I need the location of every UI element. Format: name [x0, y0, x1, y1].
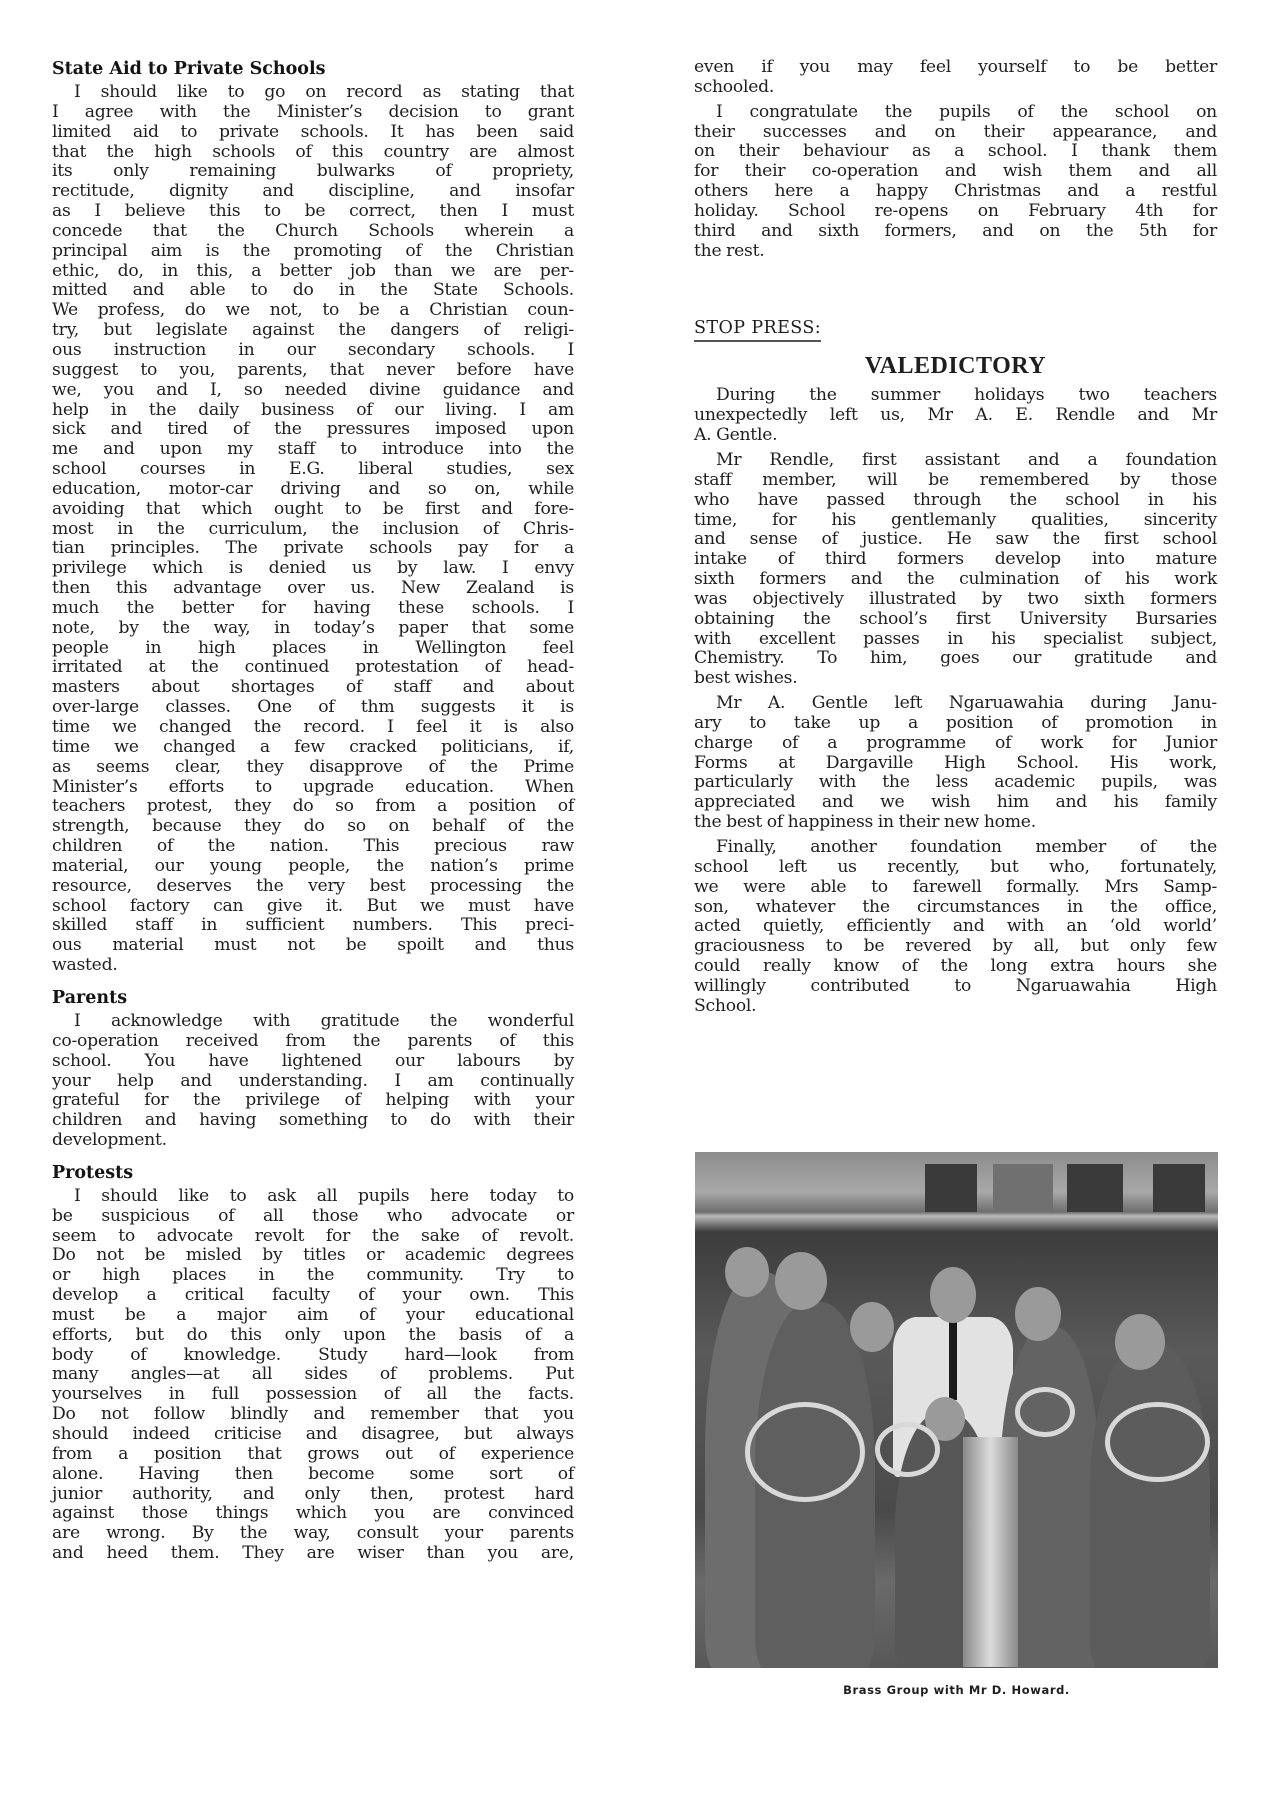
- text-line: principal aim is the promoting of the Ch…: [52, 242, 574, 262]
- text-line: time we changed a few cracked politician…: [52, 738, 574, 758]
- text-line: obtaining the school’s first University …: [694, 610, 1217, 630]
- photo-caption: Brass Group with Mr D. Howard.: [695, 1683, 1218, 1697]
- text-line: holiday. School re-opens on February 4th…: [694, 202, 1217, 222]
- text-line: Finally, another foundation member of th…: [694, 838, 1217, 858]
- text-line: body of knowledge. Study hard—look from: [52, 1346, 574, 1366]
- text-line: your help and understanding. I am contin…: [52, 1072, 574, 1092]
- text-line: efforts, but do this only upon the basis…: [52, 1326, 574, 1346]
- text-line: I should like to go on record as stating…: [52, 83, 574, 103]
- text-line: Mr Rendle, first assistant and a foundat…: [694, 451, 1217, 471]
- text-line: limited aid to private schools. It has b…: [52, 123, 574, 143]
- text-line: staff member, will be remembered by thos…: [694, 471, 1217, 491]
- text-line: be suspicious of all those who advocate …: [52, 1207, 574, 1227]
- valedictory-title: VALEDICTORY: [694, 352, 1217, 380]
- text-line: resource, deserves the very best process…: [52, 877, 574, 897]
- text-line: education, motor-car driving and so on, …: [52, 480, 574, 500]
- text-line: against those things which you are convi…: [52, 1504, 574, 1524]
- text-line: try, but legislate against the dangers o…: [52, 321, 574, 341]
- text-line: ous material must not be spoilt and thus: [52, 936, 574, 956]
- left-column: State Aid to Private Schools I should li…: [52, 58, 574, 1564]
- paragraph-protests: I should like to ask all pupils here tod…: [52, 1187, 574, 1564]
- text-line: could really know of the long extra hour…: [694, 957, 1217, 977]
- text-line: most in the curriculum, the inclusion of…: [52, 520, 574, 540]
- text-line: School.: [694, 997, 1217, 1017]
- text-line: I congratulate the pupils of the school …: [694, 103, 1217, 123]
- text-line: me and upon my staff to introduce into t…: [52, 440, 574, 460]
- text-line: son, whatever the circumstances in the o…: [694, 898, 1217, 918]
- text-line: best wishes.: [694, 669, 1217, 689]
- text-line: I acknowledge with gratitude the wonderf…: [52, 1012, 574, 1032]
- text-line: for their co-operation and wish them and…: [694, 162, 1217, 182]
- right-column: even if you may feel yourself to be bett…: [694, 58, 1217, 1017]
- text-line: Forms at Dargaville High School. His wor…: [694, 754, 1217, 774]
- text-line: wasted.: [52, 956, 574, 976]
- text-line: was objectively illustrated by two sixth…: [694, 590, 1217, 610]
- text-line: sick and tired of the pressures imposed …: [52, 420, 574, 440]
- stop-press-label: STOP PRESS:: [694, 317, 821, 342]
- text-line: people in high places in Wellington feel: [52, 639, 574, 659]
- text-line: privilege which is denied us by law. I e…: [52, 559, 574, 579]
- text-line: development.: [52, 1131, 574, 1151]
- text-line: school courses in E.G. liberal studies, …: [52, 460, 574, 480]
- text-line: junior authority, and only then, protest…: [52, 1485, 574, 1505]
- text-line: children and having something to do with…: [52, 1111, 574, 1131]
- text-line: acted quietly, efficiently and with an ‘…: [694, 917, 1217, 937]
- paragraph-sampson: Finally, another foundation member of th…: [694, 838, 1217, 1017]
- text-line: tian principles. The private schools pay…: [52, 539, 574, 559]
- text-line: school. You have lightened our labours b…: [52, 1052, 574, 1072]
- text-line: I agree with the Minister’s decision to …: [52, 103, 574, 123]
- text-line: then this advantage over us. New Zealand…: [52, 579, 574, 599]
- text-line: schooled.: [694, 78, 1217, 98]
- text-line: from a position that grows out of experi…: [52, 1445, 574, 1465]
- text-line: ous instruction in our secondary schools…: [52, 341, 574, 361]
- text-line: sixth formers and the culmination of his…: [694, 570, 1217, 590]
- text-line: particularly with the less academic pupi…: [694, 773, 1217, 793]
- text-line: others here a happy Christmas and a rest…: [694, 182, 1217, 202]
- text-line: We profess, do we not, to be a Christian…: [52, 301, 574, 321]
- text-line: Chemistry. To him, goes our gratitude an…: [694, 649, 1217, 669]
- text-line: intake of third formers develop into mat…: [694, 550, 1217, 570]
- text-line: time, for his gentlemanly qualities, sin…: [694, 511, 1217, 531]
- text-line: yourselves in full possession of all the…: [52, 1385, 574, 1405]
- heading-state-aid: State Aid to Private Schools: [52, 58, 574, 80]
- text-line: skilled staff in sufficient numbers. Thi…: [52, 916, 574, 936]
- text-line: much the better for having these schools…: [52, 599, 574, 619]
- paragraph-continuation: even if you may feel yourself to be bett…: [694, 58, 1217, 98]
- text-line: Mr A. Gentle left Ngaruawahia during Jan…: [694, 694, 1217, 714]
- text-line: appreciated and we wish him and his fami…: [694, 793, 1217, 813]
- text-line: I should like to ask all pupils here tod…: [52, 1187, 574, 1207]
- text-line: avoiding that which ought to be first an…: [52, 500, 574, 520]
- text-line: children of the nation. This precious ra…: [52, 837, 574, 857]
- text-line: Do not follow blindly and remember that …: [52, 1405, 574, 1425]
- text-line: strength, because they do so on behalf o…: [52, 817, 574, 837]
- paragraph-parents: I acknowledge with gratitude the wonderf…: [52, 1012, 574, 1151]
- text-line: the best of happiness in their new home.: [694, 813, 1217, 833]
- text-line: school factory can give it. But we must …: [52, 897, 574, 917]
- text-line: ethic, do, in this, a better job than we…: [52, 262, 574, 282]
- text-line: graciousness to be revered by all, but o…: [694, 937, 1217, 957]
- text-line: over-large classes. One of thm suggests …: [52, 698, 574, 718]
- brass-group-photo: [695, 1152, 1218, 1668]
- text-line: should indeed criticise and disagree, bu…: [52, 1425, 574, 1445]
- text-line: their successes and on their appearance,…: [694, 123, 1217, 143]
- text-line: or high places in the community. Try to: [52, 1266, 574, 1286]
- text-line: with excellent passes in his specialist …: [694, 630, 1217, 650]
- text-line: even if you may feel yourself to be bett…: [694, 58, 1217, 78]
- text-line: third and sixth formers, and on the 5th …: [694, 222, 1217, 242]
- text-line: During the summer holidays two teachers: [694, 386, 1217, 406]
- text-line: and sense of justice. He saw the first s…: [694, 530, 1217, 550]
- text-line: seem to advocate revolt for the sake of …: [52, 1227, 574, 1247]
- paragraph-valedictory-intro: During the summer holidays two teachersu…: [694, 386, 1217, 446]
- text-line: the rest.: [694, 242, 1217, 262]
- text-line: help in the daily business of our living…: [52, 401, 574, 421]
- text-line: co-operation received from the parents o…: [52, 1032, 574, 1052]
- text-line: its only remaining bulwarks of propriety…: [52, 162, 574, 182]
- text-line: must be a major aim of your educational: [52, 1306, 574, 1326]
- text-line: alone. Having then become some sort of: [52, 1465, 574, 1485]
- text-line: and heed them. They are wiser than you a…: [52, 1544, 574, 1564]
- text-line: on their behaviour as a school. I thank …: [694, 142, 1217, 162]
- text-line: grateful for the privilege of helping wi…: [52, 1091, 574, 1111]
- text-line: who have passed through the school in hi…: [694, 491, 1217, 511]
- text-line: A. Gentle.: [694, 426, 1217, 446]
- text-line: masters about shortages of staff and abo…: [52, 678, 574, 698]
- text-line: many angles—at all sides of problems. Pu…: [52, 1365, 574, 1385]
- text-line: we were able to farewell formally. Mrs S…: [694, 878, 1217, 898]
- text-line: Do not be misled by titles or academic d…: [52, 1246, 574, 1266]
- text-line: willingly contributed to Ngaruawahia Hig…: [694, 977, 1217, 997]
- text-line: rectitude, dignity and discipline, and i…: [52, 182, 574, 202]
- paragraph-rendle: Mr Rendle, first assistant and a foundat…: [694, 451, 1217, 689]
- text-line: as seems clear, they disapprove of the P…: [52, 758, 574, 778]
- heading-parents: Parents: [52, 987, 574, 1009]
- text-line: we, you and I, so needed divine guidance…: [52, 381, 574, 401]
- text-line: as I believe this to be correct, then I …: [52, 202, 574, 222]
- text-line: teachers protest, they do so from a posi…: [52, 797, 574, 817]
- paragraph-state-aid: I should like to go on record as stating…: [52, 83, 574, 976]
- text-line: time we changed the record. I feel it is…: [52, 718, 574, 738]
- text-line: suggest to you, parents, that never befo…: [52, 361, 574, 381]
- text-line: that the high schools of this country ar…: [52, 143, 574, 163]
- text-line: mitted and able to do in the State Schoo…: [52, 281, 574, 301]
- text-line: school left us recently, but who, fortun…: [694, 858, 1217, 878]
- text-line: Minister’s efforts to upgrade education.…: [52, 778, 574, 798]
- text-line: charge of a programme of work for Junior: [694, 734, 1217, 754]
- paragraph-gentle: Mr A. Gentle left Ngaruawahia during Jan…: [694, 694, 1217, 833]
- text-line: irritated at the continued protestation …: [52, 658, 574, 678]
- text-line: concede that the Church Schools wherein …: [52, 222, 574, 242]
- paragraph-closing: I congratulate the pupils of the school …: [694, 103, 1217, 262]
- text-line: note, by the way, in today’s paper that …: [52, 619, 574, 639]
- text-line: unexpectedly left us, Mr A. E. Rendle an…: [694, 406, 1217, 426]
- text-line: ary to take up a position of promotion i…: [694, 714, 1217, 734]
- text-line: develop a critical faculty of your own. …: [52, 1286, 574, 1306]
- heading-protests: Protests: [52, 1162, 574, 1184]
- text-line: material, our young people, the nation’s…: [52, 857, 574, 877]
- text-line: are wrong. By the way, consult your pare…: [52, 1524, 574, 1544]
